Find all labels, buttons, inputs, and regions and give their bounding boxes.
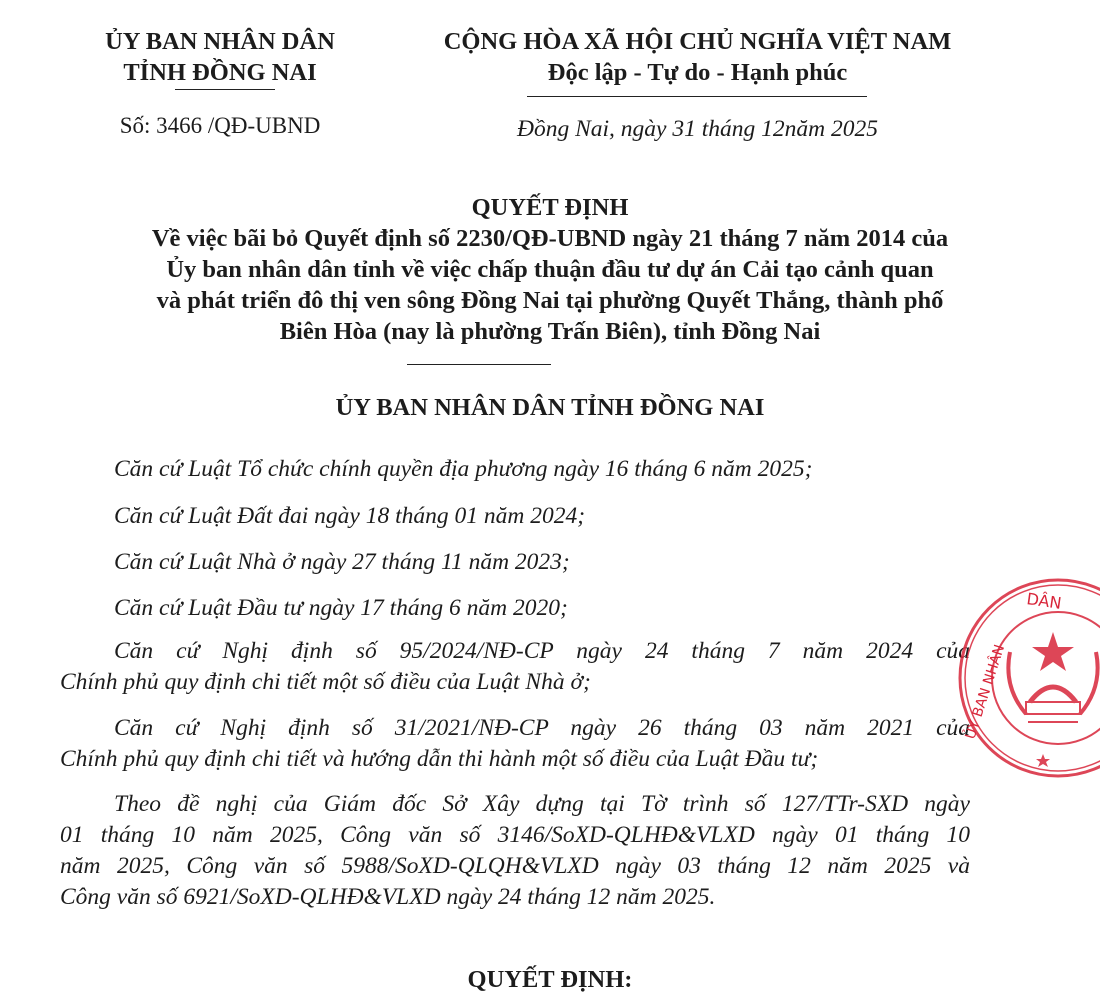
- document-number: Số: 3466 /QĐ-UBND: [60, 111, 380, 141]
- agency-underline: [175, 89, 275, 90]
- document-title: QUYẾT ĐỊNH Về việc bãi bỏ Quyết định số …: [60, 192, 1040, 347]
- authority-heading: ỦY BAN NHÂN DÂN TỈNH ĐỒNG NAI: [60, 392, 1040, 423]
- legal-basis: Căn cứ Luật Đất đai ngày 18 tháng 01 năm…: [60, 501, 970, 532]
- national-motto: CỘNG HÒA XÃ HỘI CHỦ NGHĨA VIỆT NAM Độc l…: [415, 26, 980, 88]
- decision-heading: QUYẾT ĐỊNH:: [60, 964, 1040, 995]
- title-line: và phát triển đô thị ven sông Đồng Nai t…: [60, 285, 1040, 316]
- motto-underline: [527, 96, 867, 97]
- legal-basis-proposal: Theo đề nghị của Giám đốc Sở Xây dựng tạ…: [60, 789, 970, 913]
- legal-basis: Căn cứ Luật Đầu tư ngày 17 tháng 6 năm 2…: [60, 593, 970, 624]
- country-name: CỘNG HÒA XÃ HỘI CHỦ NGHĨA VIỆT NAM: [415, 26, 980, 57]
- place-date: Đồng Nai, ngày 31 tháng 12năm 2025: [415, 114, 980, 144]
- legal-basis: Căn cứ Nghị định số 31/2021/NĐ-CP ngày 2…: [60, 713, 970, 775]
- legal-basis: Căn cứ Luật Nhà ở ngày 27 tháng 11 năm 2…: [60, 547, 970, 578]
- title-heading: QUYẾT ĐỊNH: [60, 192, 1040, 223]
- svg-text:DÂN: DÂN: [1025, 589, 1062, 613]
- title-underline: [407, 364, 551, 365]
- agency-line-1: ỦY BAN NHÂN DÂN: [60, 26, 380, 57]
- title-line: Về việc bãi bỏ Quyết định số 2230/QĐ-UBN…: [60, 223, 1040, 254]
- title-line: Ủy ban nhân dân tỉnh về việc chấp thuận …: [60, 254, 1040, 285]
- motto: Độc lập - Tự do - Hạnh phúc: [415, 57, 980, 88]
- legal-basis: Căn cứ Nghị định số 95/2024/NĐ-CP ngày 2…: [60, 636, 970, 698]
- title-line: Biên Hòa (nay là phường Trấn Biên), tỉnh…: [60, 316, 1040, 347]
- legal-basis: Căn cứ Luật Tổ chức chính quyền địa phươ…: [60, 454, 970, 485]
- issuing-agency: ỦY BAN NHÂN DÂN TỈNH ĐỒNG NAI: [60, 26, 380, 88]
- official-seal-icon: DÂN ỦY BAN NHÂN: [948, 572, 1100, 784]
- agency-line-2: TỈNH ĐỒNG NAI: [60, 57, 380, 88]
